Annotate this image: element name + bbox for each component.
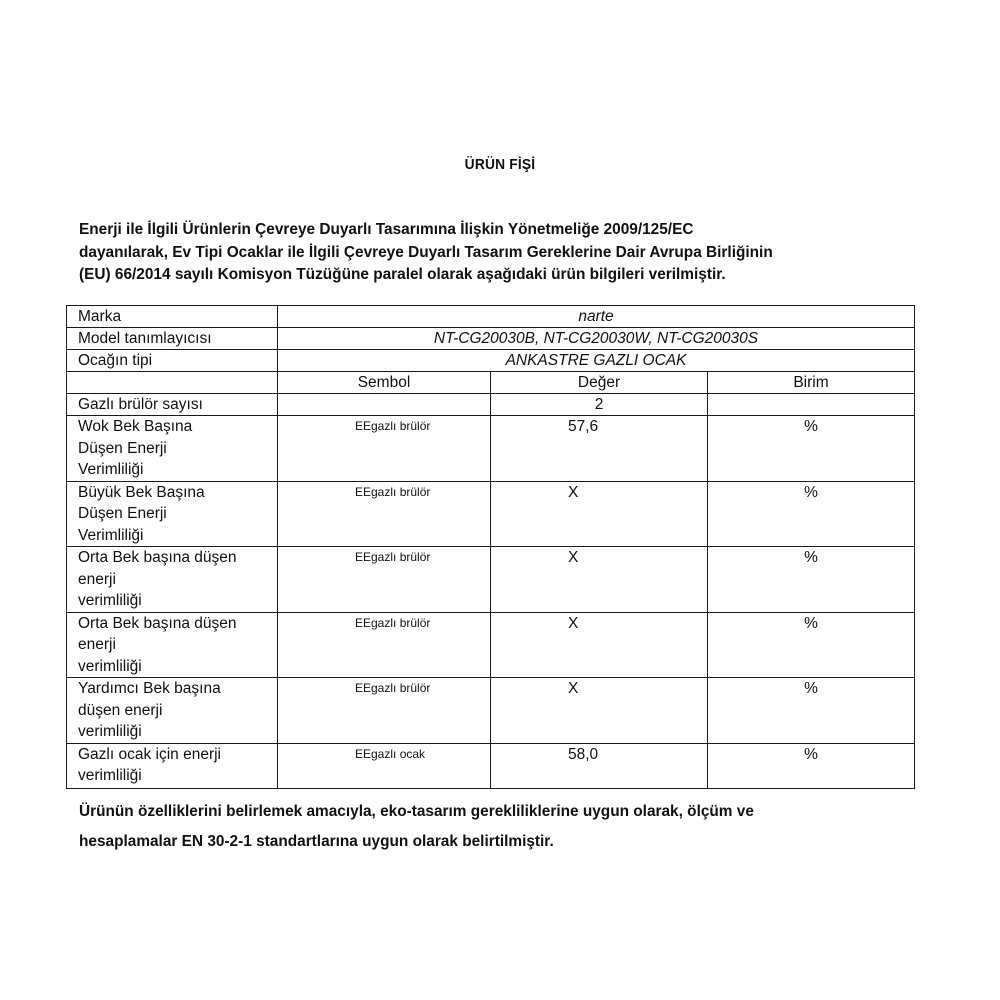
table-row: Gazlı ocak için enerji verimliliği EEgaz… (67, 743, 915, 788)
brand-value: narte (278, 306, 915, 328)
label-line: verimliliği (78, 590, 277, 612)
row-label: Wok Bek Başına Düşen Enerji Verimliliği (67, 416, 278, 482)
burner-count-unit (708, 394, 915, 416)
label-line: Orta Bek başına düşen (78, 613, 277, 635)
row-symbol: EEgazlı ocak (278, 743, 491, 788)
footer-line: Ürünün özelliklerini belirlemek amacıyla… (79, 797, 959, 827)
intro-paragraph: Enerji ile İlgili Ürünlerin Çevreye Duya… (79, 219, 959, 287)
row-value: X (491, 612, 708, 678)
table-row-type: Ocağın tipi ANKASTRE GAZLI OCAK (67, 350, 915, 372)
label-line: Düşen Enerji (78, 438, 277, 460)
table-row-model: Model tanımlayıcısı NT-CG20030B, NT-CG20… (67, 328, 915, 350)
label-line: Orta Bek başına düşen (78, 547, 277, 569)
row-symbol: EEgazlı brülör (278, 612, 491, 678)
label-line: Verimliliği (78, 459, 277, 481)
header-blank (67, 372, 278, 394)
row-symbol: EEgazlı brülör (278, 547, 491, 613)
label-line: Verimliliği (78, 525, 277, 547)
model-label: Model tanımlayıcısı (67, 328, 278, 350)
model-value: NT-CG20030B, NT-CG20030W, NT-CG20030S (278, 328, 915, 350)
row-unit: % (708, 678, 915, 744)
row-label: Orta Bek başına düşen enerji verimliliği (67, 547, 278, 613)
brand-label: Marka (67, 306, 278, 328)
intro-line: dayanılarak, Ev Tipi Ocaklar ile İlgili … (79, 242, 959, 265)
row-symbol: EEgazlı brülör (278, 678, 491, 744)
row-value: X (491, 547, 708, 613)
intro-line: (EU) 66/2014 sayılı Komisyon Tüzüğüne pa… (79, 264, 959, 287)
label-line: verimliliği (78, 765, 277, 787)
label-line: verimliliği (78, 721, 277, 743)
row-label: Büyük Bek Başına Düşen Enerji Verimliliğ… (67, 481, 278, 547)
label-line: verimliliği (78, 656, 277, 678)
footer-paragraph: Ürünün özelliklerini belirlemek amacıyla… (79, 797, 959, 857)
table-row: Yardımcı Bek başına düşen enerji verimli… (67, 678, 915, 744)
table-row-brand: Marka narte (67, 306, 915, 328)
product-spec-table: Marka narte Model tanımlayıcısı NT-CG200… (66, 305, 915, 789)
row-label: Orta Bek başına düşen enerji verimliliği (67, 612, 278, 678)
header-unit: Birim (708, 372, 915, 394)
label-line: enerji (78, 634, 277, 656)
row-unit: % (708, 416, 915, 482)
row-value: 57,6 (491, 416, 708, 482)
type-label: Ocağın tipi (67, 350, 278, 372)
table-row: Orta Bek başına düşen enerji verimliliği… (67, 547, 915, 613)
label-line: enerji (78, 569, 277, 591)
header-symbol: Sembol (278, 372, 491, 394)
type-value: ANKASTRE GAZLI OCAK (278, 350, 915, 372)
label-line: Düşen Enerji (78, 503, 277, 525)
burner-count-label: Gazlı brülör sayısı (67, 394, 278, 416)
row-unit: % (708, 743, 915, 788)
table-row: Orta Bek başına düşen enerji verimliliği… (67, 612, 915, 678)
row-unit: % (708, 481, 915, 547)
label-line: Wok Bek Başına (78, 416, 277, 438)
footer-line: hesaplamalar EN 30-2-1 standartlarına uy… (79, 827, 959, 857)
row-symbol: EEgazlı brülör (278, 416, 491, 482)
label-line: Büyük Bek Başına (78, 482, 277, 504)
header-value: Değer (491, 372, 708, 394)
intro-line: Enerji ile İlgili Ürünlerin Çevreye Duya… (79, 219, 959, 242)
table-row: Büyük Bek Başına Düşen Enerji Verimliliğ… (67, 481, 915, 547)
row-symbol: EEgazlı brülör (278, 481, 491, 547)
row-value: X (491, 481, 708, 547)
burner-count-value: 2 (491, 394, 708, 416)
row-label: Gazlı ocak için enerji verimliliği (67, 743, 278, 788)
row-value: 58,0 (491, 743, 708, 788)
table-row: Wok Bek Başına Düşen Enerji Verimliliği … (67, 416, 915, 482)
table-header-row: Sembol Değer Birim (67, 372, 915, 394)
row-unit: % (708, 547, 915, 613)
label-line: Gazlı ocak için enerji (78, 744, 277, 766)
burner-count-symbol (278, 394, 491, 416)
document-title: ÜRÜN FİŞİ (40, 156, 960, 173)
label-line: düşen enerji (78, 700, 277, 722)
row-value: X (491, 678, 708, 744)
table-row-burner-count: Gazlı brülör sayısı 2 (67, 394, 915, 416)
label-line: Yardımcı Bek başına (78, 678, 277, 700)
row-unit: % (708, 612, 915, 678)
row-label: Yardımcı Bek başına düşen enerji verimli… (67, 678, 278, 744)
